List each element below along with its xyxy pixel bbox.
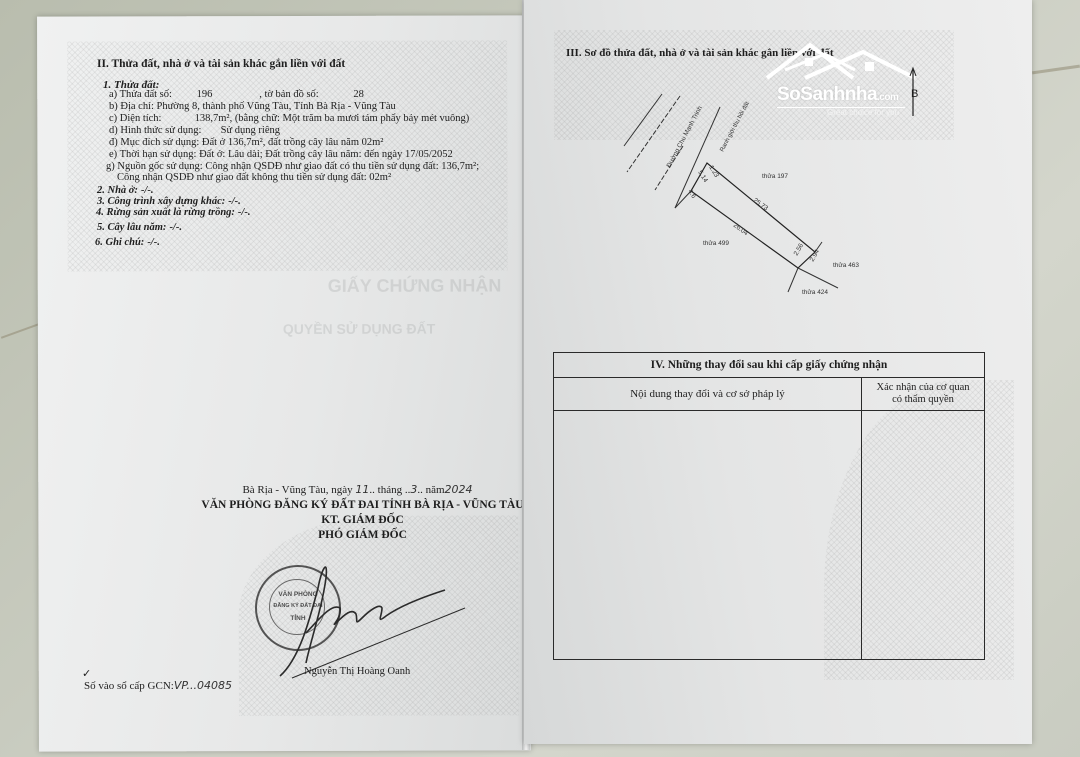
usage-form-row: d) Hình thức sử dụng: Sử dụng riêng — [109, 125, 280, 137]
dim-back-bottom: 2.56 — [793, 242, 806, 257]
parcel-number: 196 — [197, 89, 257, 101]
term-value: Đất ở: Lâu dài; Đất trồng cây lâu năm: đ… — [199, 149, 453, 160]
origin-row-2: Công nhận QSDĐ như giao đất không thu ti… — [117, 172, 391, 184]
other-item-label: 3. Công trình xây dựng khác: — [97, 196, 225, 207]
date-month: 3 — [410, 483, 417, 496]
north-label: B — [911, 88, 918, 100]
road-label: Đường Chu Mạnh Trinh — [666, 105, 705, 169]
term-row: e) Thời hạn sử dụng: Đất ở: Lâu dài; Đất… — [109, 149, 453, 161]
dim-back-top: 2.94 — [809, 248, 822, 263]
signer-name: Nguyễn Thị Hoàng Oanh — [304, 666, 410, 678]
date-day: 11 — [355, 483, 369, 496]
section-ii-title: II. Thửa đất, nhà ở và tài sản khác gắn … — [97, 58, 345, 70]
boundary-label: Ranh giới thu hồi đất — [719, 101, 751, 153]
dim-front: 5.14 — [696, 169, 709, 184]
parcel-number-label: a) Thửa đất số: — [109, 89, 172, 100]
registry-number-row: ✓ Số vào sổ cấp GCN:VP...04085 — [84, 680, 232, 692]
origin-value-1: Công nhận QSDĐ như giao đất có thu tiền … — [205, 161, 479, 172]
dim-front-top: 1.23 — [707, 164, 720, 179]
area-label: c) Diện tích: — [109, 113, 192, 125]
parcel-number-row: a) Thửa đất số: 196 , tờ bản đồ số: 28 — [109, 89, 364, 101]
other-item-label: 6. Ghi chú: — [95, 237, 144, 248]
origin-label: g) Nguồn gốc sử dụng: — [106, 161, 203, 172]
other-item-label: 5. Cây lâu năm: — [97, 222, 166, 233]
other-item-value: -/-. — [228, 196, 241, 207]
neighbor-463: thửa 463 — [833, 261, 859, 269]
on-behalf-title: KT. GIÁM ĐỐC — [190, 514, 535, 526]
bleed-through-title: GIẤY CHỨNG NHẬN — [328, 275, 502, 296]
changes-confirm-cell — [862, 411, 985, 660]
changes-col-confirm-header: Xác nhận của cơ quan có thẩm quyền — [862, 378, 985, 411]
purpose-row: đ) Mục đích sử dụng: Đất ở 136,7m², đất … — [109, 137, 383, 149]
other-item-label: 4. Rừng sản xuất là rừng trồng: — [96, 207, 235, 218]
other-item: 6. Ghi chú:-/-. — [95, 237, 160, 249]
map-sheet-number: 28 — [353, 89, 364, 100]
date-month-label: tháng — [378, 484, 402, 496]
usage-form-label: d) Hình thức sử dụng: — [109, 125, 218, 137]
signer-title: PHÓ GIÁM ĐỐC — [190, 529, 535, 541]
address-row: b) Địa chỉ: Phường 8, thành phố Vũng Tàu… — [109, 101, 396, 113]
registry-label: Số vào sổ cấp GCN: — [84, 680, 174, 692]
other-item-label: 2. Nhà ở: — [97, 185, 138, 196]
neighbor-499: thửa 499 — [703, 239, 729, 247]
registry-value: VP...04085 — [174, 679, 232, 692]
floor-tile-seam — [1, 323, 39, 339]
parcel-diagram: Đường Chu Mạnh Trinh Ranh giới thu hồi đ… — [600, 80, 880, 300]
dim-front-bottom: 4.6 — [686, 188, 697, 200]
term-label: e) Thời hạn sử dụng: — [109, 149, 196, 160]
other-item-value: -/-. — [169, 222, 182, 233]
neighbor-197: thửa 197 — [762, 172, 788, 180]
origin-value-2: Công nhận QSDĐ như giao đất không thu ti… — [117, 172, 391, 183]
dim-long-bottom: 26.04 — [732, 222, 750, 237]
area-value: 138,7m², (bằng chữ: Một trăm ba mươi tám… — [195, 113, 470, 124]
address-value: Phường 8, thành phố Vũng Tàu, Tỉnh Bà Rị… — [157, 101, 396, 112]
changes-content-cell — [554, 411, 862, 660]
address-label: b) Địa chỉ: — [109, 101, 154, 112]
other-item-value: -/-. — [238, 207, 251, 218]
bleed-through-subtitle: QUYỀN SỬ DỤNG ĐẤT — [283, 321, 435, 337]
date-year-label: năm — [426, 484, 445, 496]
dim-long-top: 25.73 — [752, 197, 770, 212]
map-sheet-label: , tờ bản đồ số: — [259, 89, 319, 100]
purpose-label: đ) Mục đích sử dụng: — [109, 137, 199, 148]
other-item-value: -/-. — [141, 185, 154, 196]
other-item: 5. Cây lâu năm:-/-. — [97, 222, 182, 234]
other-item: 4. Rừng sản xuất là rừng trồng:-/-. — [96, 207, 250, 219]
issue-date: Bà Rịa - Vũng Tàu, ngày 11.. tháng ..3..… — [180, 483, 535, 496]
date-prefix: Bà Rịa - Vũng Tàu, ngày — [242, 484, 352, 496]
purpose-value: Đất ở 136,7m², đất trồng cây lâu năm 02m… — [202, 137, 384, 148]
changes-col-content-header: Nội dung thay đổi và cơ sở pháp lý — [554, 378, 862, 411]
usage-form-value: Sử dụng riêng — [221, 125, 280, 136]
other-item-value: -/-. — [147, 237, 160, 248]
check-mark-icon: ✓ — [82, 668, 91, 680]
changes-table-title: IV. Những thay đổi sau khi cấp giấy chứn… — [554, 353, 985, 378]
neighbor-424: thửa 424 — [802, 288, 828, 296]
floor-tile-seam — [1032, 65, 1080, 75]
changes-table: IV. Những thay đổi sau khi cấp giấy chứn… — [553, 352, 985, 660]
date-year: 2024 — [445, 483, 473, 496]
area-row: c) Diện tích: 138,7m², (bằng chữ: Một tr… — [109, 113, 469, 125]
signature-block: Bà Rịa - Vũng Tàu, ngày 11.. tháng ..3..… — [190, 483, 535, 541]
issuing-office: VĂN PHÒNG ĐĂNG KÝ ĐẤT ĐAI TỈNH BÀ RỊA - … — [190, 499, 535, 511]
